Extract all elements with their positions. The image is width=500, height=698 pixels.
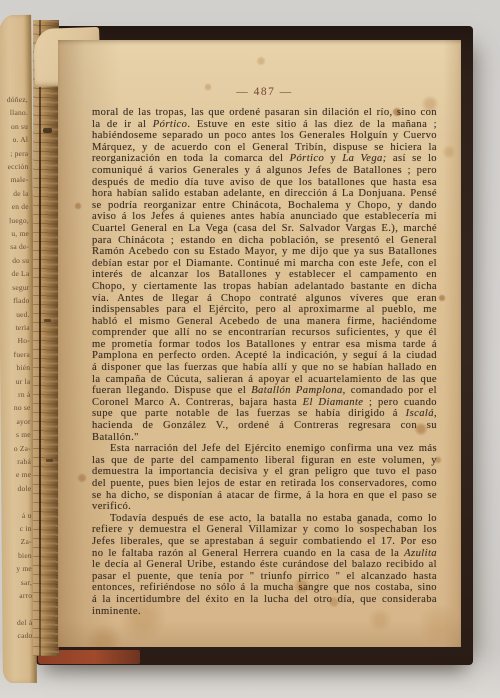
page-edge-text-fragment: y me bbox=[2, 562, 32, 576]
paragraph: Esta narración del Jefe del Ejército ene… bbox=[92, 443, 437, 513]
text-segment: así se lo comuniqué á varios Generales y… bbox=[92, 153, 437, 396]
page-edge-text-fragment: do su bbox=[0, 254, 29, 268]
paragraph: Todavía después de ese acto, la batalla … bbox=[92, 513, 437, 617]
page-edge-text-fragment: del á bbox=[2, 616, 32, 630]
page-edge-text-fragment bbox=[2, 602, 32, 616]
italic-text-segment: Iscalá bbox=[406, 408, 434, 419]
page-edge-text-fragment: ued. bbox=[0, 307, 30, 321]
text-segment: Esta narración del Jefe del Ejército ene… bbox=[92, 443, 437, 512]
page-edge-text-fragment: dóñez, bbox=[0, 93, 28, 107]
page-edge-text-fragment: de La bbox=[0, 267, 29, 281]
page-edge-text-fragment: llano. bbox=[0, 106, 28, 120]
italic-text-segment: Batallón Pamplona bbox=[251, 385, 342, 396]
page-edge-text-fragment: sar, bbox=[2, 575, 32, 589]
page-edge-text-fragment: o Za- bbox=[1, 441, 31, 455]
page-edge-text-fragment: á u bbox=[1, 508, 31, 522]
page-edge-text-fragment: flado bbox=[0, 294, 30, 308]
italic-text-segment: La Vega; bbox=[342, 153, 386, 164]
page-edge-text-fragment: e me bbox=[1, 468, 31, 482]
italic-text-segment: El Diamante bbox=[303, 397, 364, 408]
page-edge-text-fragment: c in bbox=[2, 522, 32, 536]
italic-text-segment: Pórtico bbox=[290, 153, 325, 164]
page-edge-text-fragment: bién bbox=[0, 361, 30, 375]
text-segment: y bbox=[324, 153, 342, 164]
page-edge-text-fragment: rn á bbox=[0, 388, 30, 402]
page-edge-text-fragment: Ho- bbox=[0, 334, 30, 348]
previous-page-edge-text: dóñez,llano.on suo. Al; peraecciónmale-d… bbox=[0, 93, 33, 643]
page-edge-text-fragment: bien bbox=[2, 549, 32, 563]
page-edge-text-fragment: ; pera bbox=[0, 147, 28, 161]
book-page: — 487 — moral de las tropas, las que ord… bbox=[58, 40, 461, 647]
page-edge-text-fragment: u, me bbox=[0, 227, 29, 241]
book-photo: dóñez,llano.on suo. Al; peraecciónmale-d… bbox=[0, 0, 500, 698]
page-edge-text-fragment: no se bbox=[0, 401, 30, 415]
page-edge-text-fragment: ur la bbox=[0, 374, 30, 388]
page-edge-text-fragment: teria bbox=[0, 321, 30, 335]
page-edge-text-fragment: dole bbox=[1, 482, 31, 496]
page-edge-text-fragment: segur bbox=[0, 281, 30, 295]
page-edge-text-fragment: ección bbox=[0, 160, 28, 174]
text-segment: le decía al General Uribe, estando éste … bbox=[92, 559, 437, 616]
page-edge-text-fragment: o. Al bbox=[0, 133, 28, 147]
page-edge-text-fragment: rabá bbox=[1, 455, 31, 469]
paragraph: moral de las tropas, las que ordené pasa… bbox=[92, 107, 437, 443]
italic-text-segment: Pórtico bbox=[153, 119, 188, 130]
page-edge-text-fragment: en de bbox=[0, 200, 29, 214]
page-edge-text-fragment: Za- bbox=[2, 535, 32, 549]
page-edge-text-fragment: on su bbox=[0, 120, 28, 134]
page-edge-text-fragment: de la bbox=[0, 187, 29, 201]
page-edge-text-fragment: arro bbox=[2, 589, 32, 603]
page-edge-text-fragment: ayor bbox=[1, 415, 31, 429]
page-edge-text-fragment bbox=[1, 495, 31, 509]
page-edge-text-fragment: cado bbox=[2, 629, 32, 643]
gutter-binding-threads bbox=[33, 20, 59, 656]
page-number: — 487 — bbox=[92, 86, 437, 98]
previous-page-edge: dóñez,llano.on suo. Al; peraecciónmale-d… bbox=[0, 15, 37, 683]
page-edge-text-fragment: s me bbox=[1, 428, 31, 442]
text-block: moral de las tropas, las que ordené pasa… bbox=[92, 107, 437, 617]
italic-text-segment: Azulita bbox=[404, 548, 437, 559]
page-edge-text-fragment: sa de- bbox=[0, 240, 29, 254]
text-segment: Todavía después de ese acto, la batalla … bbox=[92, 513, 437, 559]
page-edge-text-fragment: fuera bbox=[0, 348, 30, 362]
page-edge-text-fragment: luego, bbox=[0, 214, 29, 228]
page-edge-text-fragment: male- bbox=[0, 173, 29, 187]
